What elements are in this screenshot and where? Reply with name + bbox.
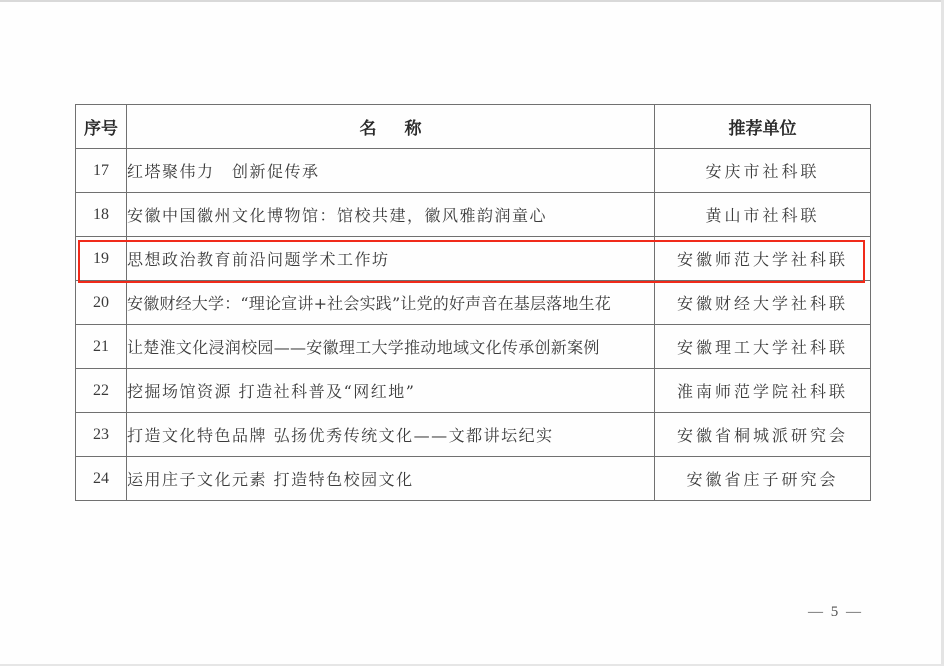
row-name: 安徽财经大学：“理论宣讲+社会实践”让党的好声音在基层落地生花 — [127, 281, 655, 325]
table-row: 22 挖掘场馆资源 打造社科普及“网红地” 淮南师范学院社科联 — [76, 369, 871, 413]
row-number: 19 — [76, 237, 127, 281]
row-name: 运用庄子文化元素 打造特色校园文化 — [127, 457, 655, 501]
table-row: 20 安徽财经大学：“理论宣讲+社会实践”让党的好声音在基层落地生花 安徽财经大… — [76, 281, 871, 325]
row-unit: 安徽理工大学社科联 — [655, 325, 871, 369]
row-number: 18 — [76, 193, 127, 237]
page-edge — [0, 0, 944, 2]
row-unit: 黄山市社科联 — [655, 193, 871, 237]
row-unit: 安徽财经大学社科联 — [655, 281, 871, 325]
table-header-row: 序号 名称 推荐单位 — [76, 105, 871, 149]
row-number: 20 — [76, 281, 127, 325]
row-name: 打造文化特色品牌 弘扬优秀传统文化——文都讲坛纪实 — [127, 413, 655, 457]
row-number: 24 — [76, 457, 127, 501]
row-unit: 安徽师范大学社科联 — [655, 237, 871, 281]
table-row: 18 安徽中国徽州文化博物馆：馆校共建，徽风雅韵润童心 黄山市社科联 — [76, 193, 871, 237]
row-unit: 安庆市社科联 — [655, 149, 871, 193]
header-number: 序号 — [76, 105, 127, 149]
row-name: 让楚淮文化浸润校园——安徽理工大学推动地域文化传承创新案例 — [127, 325, 655, 369]
row-number: 23 — [76, 413, 127, 457]
table-row: 21 让楚淮文化浸润校园——安徽理工大学推动地域文化传承创新案例 安徽理工大学社… — [76, 325, 871, 369]
table-row: 17 红塔聚伟力 创新促传承 安庆市社科联 — [76, 149, 871, 193]
row-number: 17 — [76, 149, 127, 193]
row-unit: 安徽省桐城派研究会 — [655, 413, 871, 457]
header-unit: 推荐单位 — [655, 105, 871, 149]
table-row: 23 打造文化特色品牌 弘扬优秀传统文化——文都讲坛纪实 安徽省桐城派研究会 — [76, 413, 871, 457]
recommendation-table: 序号 名称 推荐单位 17 红塔聚伟力 创新促传承 安庆市社科联 18 安徽中国… — [75, 104, 871, 501]
row-name: 思想政治教育前沿问题学术工作坊 — [127, 237, 655, 281]
row-number: 22 — [76, 369, 127, 413]
header-name: 名称 — [127, 105, 655, 149]
row-name: 红塔聚伟力 创新促传承 — [127, 149, 655, 193]
row-name: 挖掘场馆资源 打造社科普及“网红地” — [127, 369, 655, 413]
row-unit: 安徽省庄子研究会 — [655, 457, 871, 501]
table-row: 24 运用庄子文化元素 打造特色校园文化 安徽省庄子研究会 — [76, 457, 871, 501]
page-number: — 5 — — [808, 604, 863, 621]
row-name: 安徽中国徽州文化博物馆：馆校共建，徽风雅韵润童心 — [127, 193, 655, 237]
row-unit: 淮南师范学院社科联 — [655, 369, 871, 413]
row-number: 21 — [76, 325, 127, 369]
table-row-highlighted: 19 思想政治教育前沿问题学术工作坊 安徽师范大学社科联 — [76, 237, 871, 281]
